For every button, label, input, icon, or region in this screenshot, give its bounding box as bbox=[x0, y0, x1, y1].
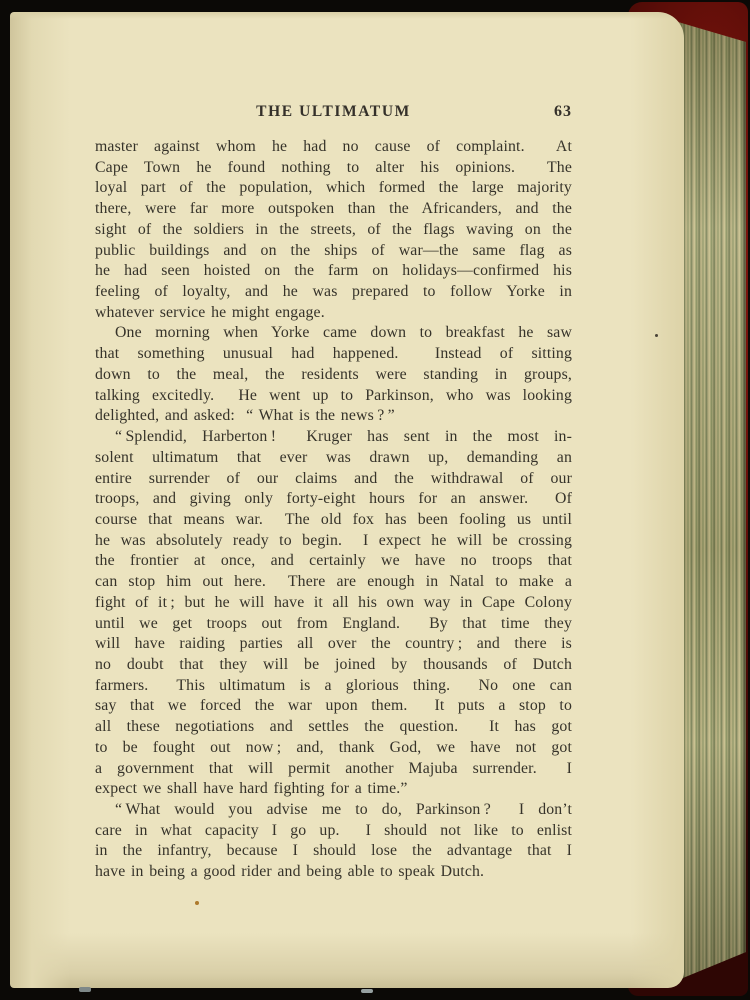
text-line: sight of the soldiers in the streets, of… bbox=[95, 221, 572, 242]
text-line: solent ultimatum that ever was drawn up,… bbox=[95, 449, 572, 470]
text-line: in the infantry, because I should lose t… bbox=[95, 842, 572, 863]
paragraph: “ What would you advise me to do, Parkin… bbox=[95, 801, 572, 884]
page-number: 63 bbox=[554, 103, 572, 121]
text-line: care in what capacity I go up. I should … bbox=[95, 822, 572, 843]
running-header: THE ULTIMATUM 63 bbox=[95, 103, 572, 125]
page-edges-stack bbox=[678, 14, 746, 986]
text-line: can stop him out here. There are enough … bbox=[95, 573, 572, 594]
chapter-title: THE ULTIMATUM bbox=[95, 103, 572, 121]
text-line: will have raiding parties all over the c… bbox=[95, 635, 572, 656]
book-photo: THE ULTIMATUM 63 master against whom he … bbox=[0, 0, 750, 1000]
text-line: entire surrender of our claims and the w… bbox=[95, 470, 572, 491]
text-line: to be fought out now ; and, thank God, w… bbox=[95, 739, 572, 760]
text-line: “ Splendid, Harberton ! Kruger has sent … bbox=[95, 428, 572, 449]
paragraph: master against whom he had no cause of c… bbox=[95, 138, 572, 324]
text-line: there, were far more outspoken than the … bbox=[95, 200, 572, 221]
text-line: until we get troops out from England. By… bbox=[95, 615, 572, 636]
text-line: he was absolutely ready to begin. I expe… bbox=[95, 532, 572, 553]
text-line: loyal part of the population, which form… bbox=[95, 179, 572, 200]
text-line: One morning when Yorke came down to brea… bbox=[95, 324, 572, 345]
text-line: talking excitedly. He went up to Parkins… bbox=[95, 387, 572, 408]
text-line: farmers. This ultimatum is a glorious th… bbox=[95, 677, 572, 698]
text-line: troops, and giving only forty-eight hour… bbox=[95, 490, 572, 511]
text-line: the frontier at once, and certainly we h… bbox=[95, 552, 572, 573]
text-line: expect we shall have hard fighting for a… bbox=[95, 780, 572, 801]
binding-highlight bbox=[361, 989, 373, 993]
text-line: master against whom he had no cause of c… bbox=[95, 138, 572, 159]
text-line: feeling of loyalty, and he was prepared … bbox=[95, 283, 572, 304]
binding-highlight bbox=[79, 987, 91, 992]
text-line: down to the meal, the residents were sta… bbox=[95, 366, 572, 387]
text-line: he had seen hoisted on the farm on holid… bbox=[95, 262, 572, 283]
text-line: “ What would you advise me to do, Parkin… bbox=[95, 801, 572, 822]
page-speck bbox=[195, 901, 199, 905]
text-line: all these negotiations and settles the q… bbox=[95, 718, 572, 739]
text-line: no doubt that they will be joined by tho… bbox=[95, 656, 572, 677]
text-line: have in being a good rider and being abl… bbox=[95, 863, 572, 884]
text-block: master against whom he had no cause of c… bbox=[95, 138, 572, 884]
paragraph: One morning when Yorke came down to brea… bbox=[95, 324, 572, 428]
text-line: say that we forced the war upon them. It… bbox=[95, 697, 572, 718]
text-line: fight of it ; but he will have it all hi… bbox=[95, 594, 572, 615]
text-line: Cape Town he found nothing to alter his … bbox=[95, 159, 572, 180]
text-line: whatever service he might engage. bbox=[95, 304, 572, 325]
text-line: course that means war. The old fox has b… bbox=[95, 511, 572, 532]
text-line: delighted, and asked: “ What is the news… bbox=[95, 407, 572, 428]
text-line: that something unusual had happened. Ins… bbox=[95, 345, 572, 366]
text-line: public buildings and on the ships of war… bbox=[95, 242, 572, 263]
book-page: THE ULTIMATUM 63 master against whom he … bbox=[10, 12, 684, 988]
paragraph: “ Splendid, Harberton ! Kruger has sent … bbox=[95, 428, 572, 801]
text-line: a government that will permit another Ma… bbox=[95, 760, 572, 781]
page-speck bbox=[655, 334, 658, 337]
